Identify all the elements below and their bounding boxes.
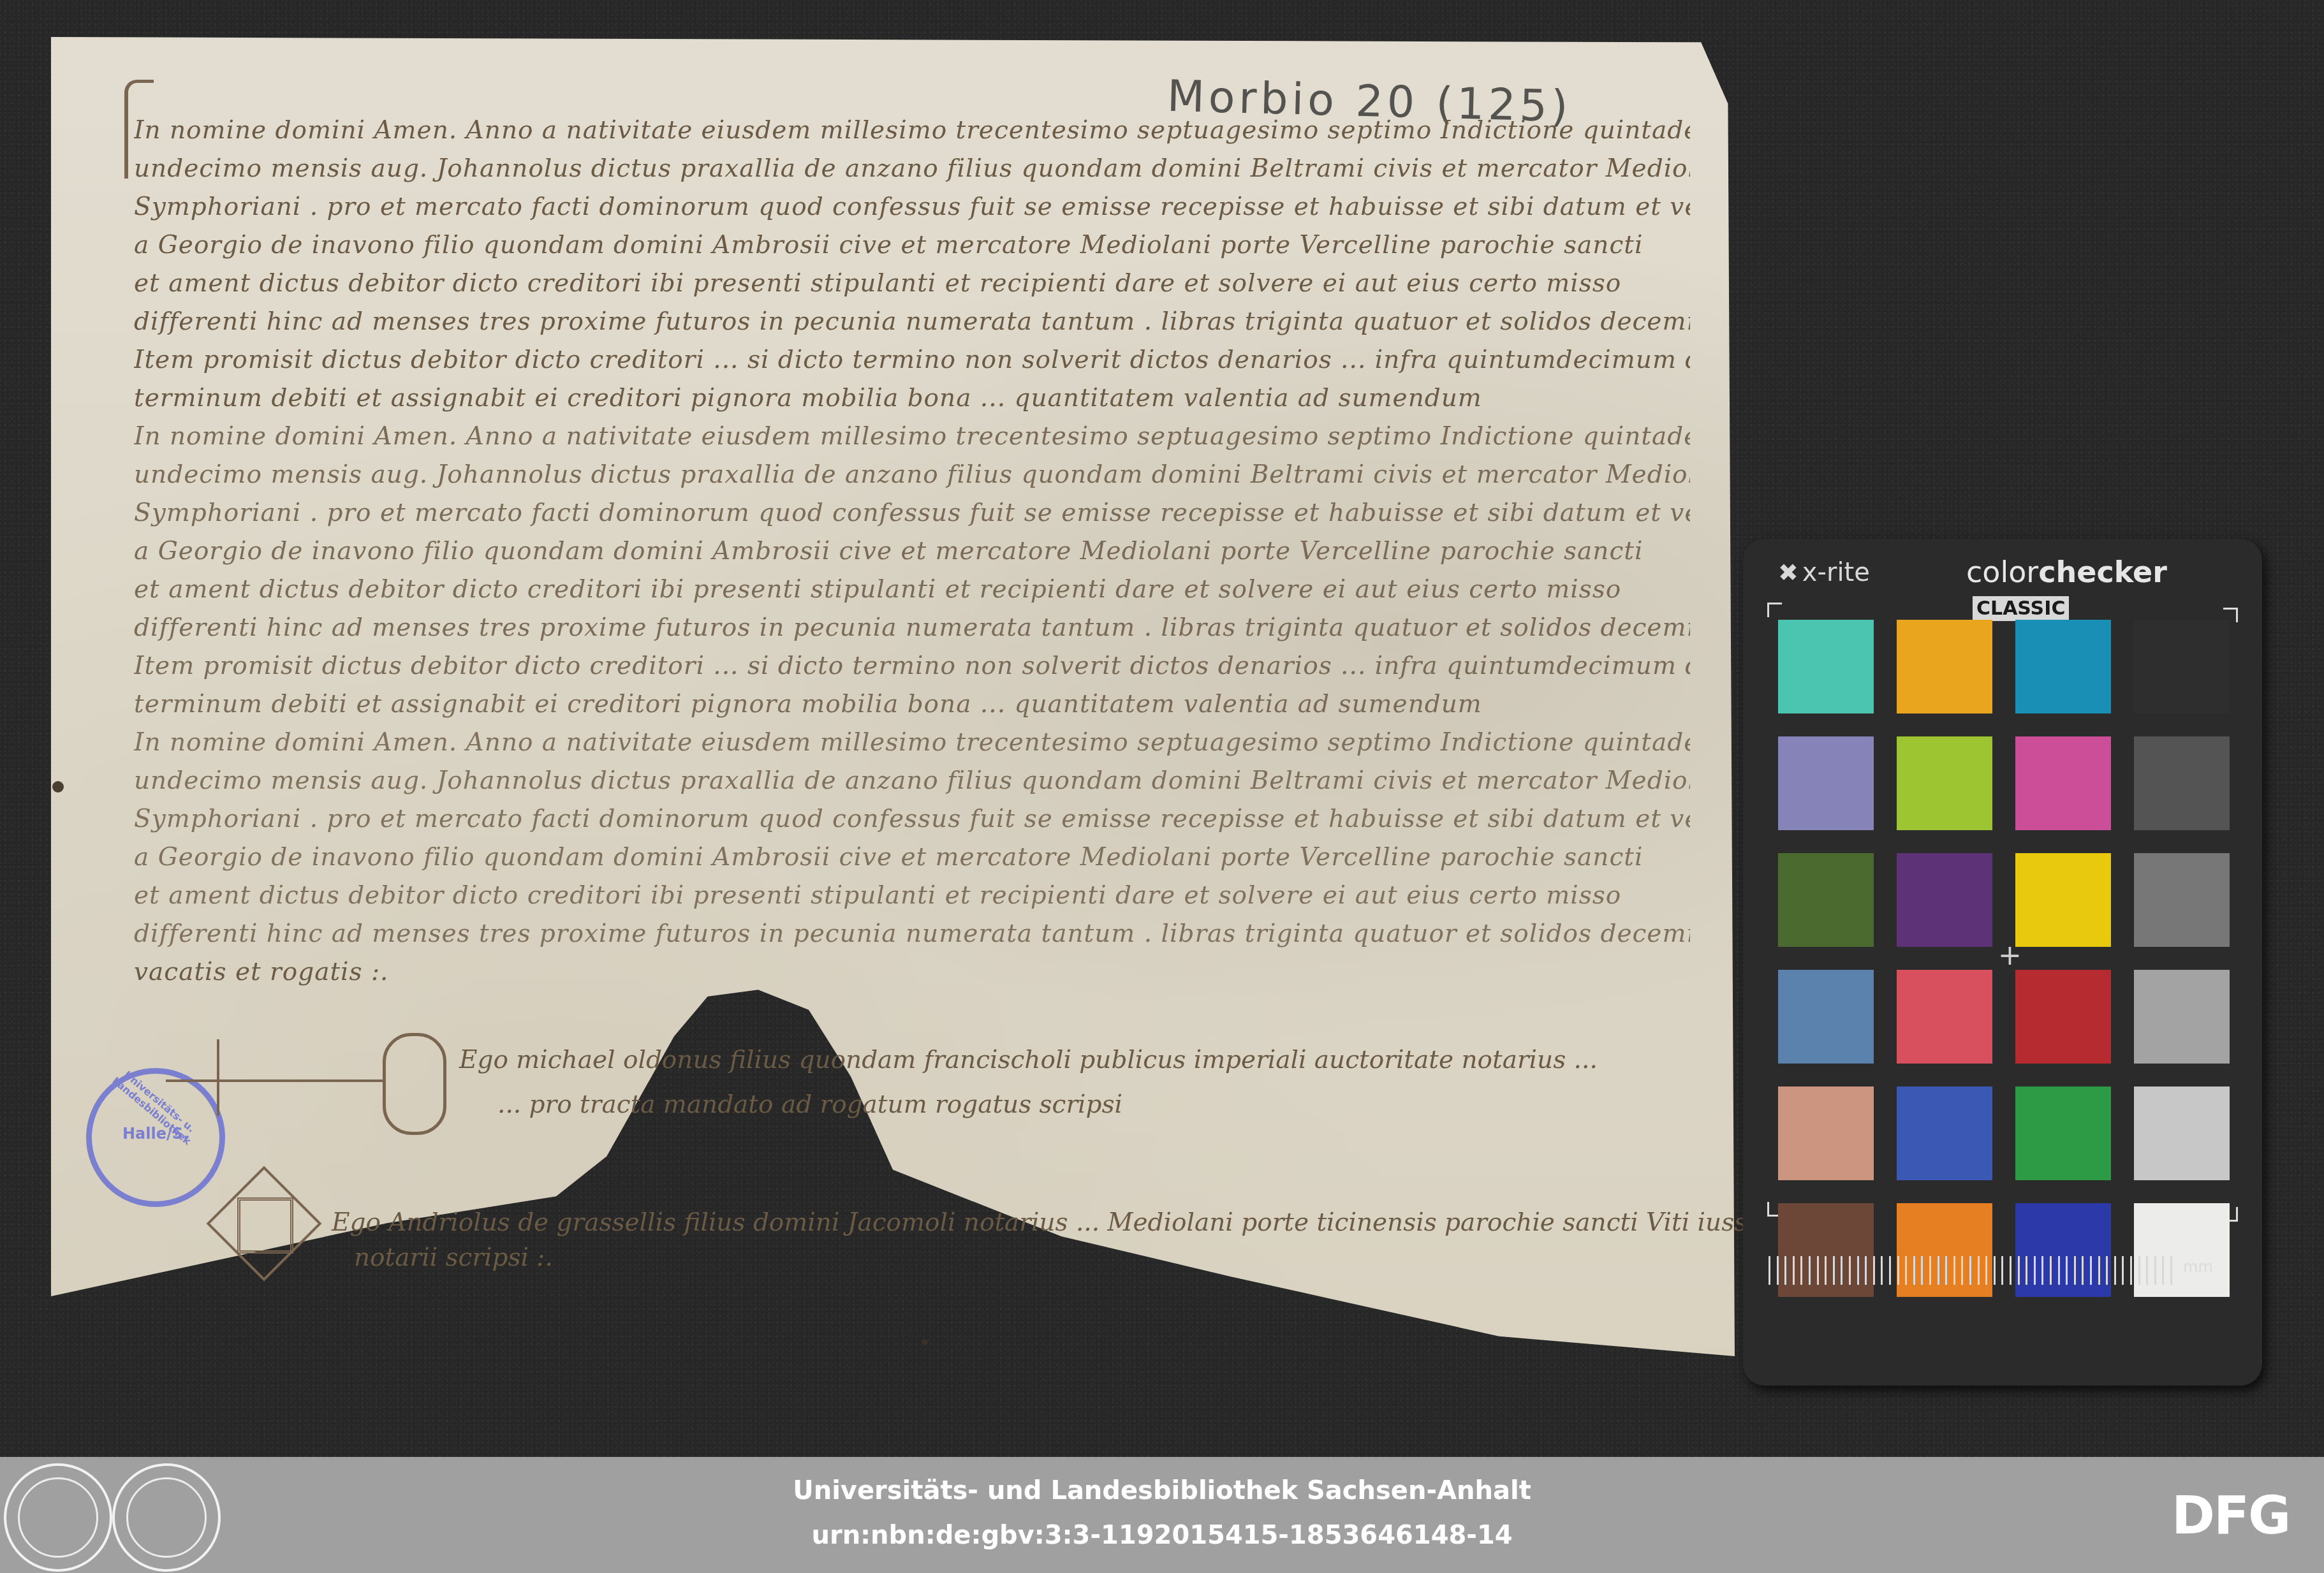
color-patch xyxy=(1897,620,1992,713)
colorchecker-title: colorcheckerCLASSIC xyxy=(1966,555,2262,624)
cross-mark-icon xyxy=(217,1039,219,1116)
notary-signum-square-icon xyxy=(237,1197,293,1254)
color-patch xyxy=(1778,970,1874,1064)
color-patch xyxy=(1897,736,1992,830)
color-patch xyxy=(2015,736,2111,830)
charter-text-block: In nomine domini Amen. Anno a nativitate… xyxy=(134,112,1690,991)
charter-line: Item promisit dictus debitor dicto credi… xyxy=(134,647,1690,685)
charter-line: vacatis et rogatis :. xyxy=(134,953,1690,991)
notary-subscription-1: Ego michael oldonus filius quondam franc… xyxy=(459,1046,1598,1074)
color-patch xyxy=(1778,736,1874,830)
color-patch xyxy=(2134,970,2230,1064)
color-patch xyxy=(2015,1086,2111,1180)
color-patch xyxy=(2134,1086,2230,1180)
charter-line: terminum debiti et assignabit ei credito… xyxy=(134,379,1690,418)
charter-line: Symphoriani . pro et mercato facti domin… xyxy=(134,800,1690,838)
margin-ink-mark xyxy=(52,781,64,793)
color-patch xyxy=(2015,620,2111,713)
charter-line: Symphoriani . pro et mercato facti domin… xyxy=(134,188,1690,226)
charter-line: In nomine domini Amen. Anno a nativitate… xyxy=(134,724,1690,762)
charter-line: a Georgio de inavono filio quondam domin… xyxy=(134,532,1690,571)
charter-line: et ament dictus debitor dicto creditori … xyxy=(134,877,1690,915)
library-stamp: Universitäts- u. Landesbibliothek Halle/… xyxy=(86,1068,225,1207)
ink-dot xyxy=(922,1339,928,1345)
stamp-center-text: Halle/S. xyxy=(92,1125,219,1143)
notary-subscription-1-cont: ... pro tracta mandato ad rogatum rogatu… xyxy=(497,1090,1122,1119)
classic-badge: CLASSIC xyxy=(1973,596,2069,621)
color-patch xyxy=(1778,853,1874,947)
xrite-logo: ✖x-rite xyxy=(1778,558,1870,587)
charter-line: Item promisit dictus debitor dicto credi… xyxy=(134,341,1690,379)
notary-subscription-2: Ego Andriolus de grassellis filius domin… xyxy=(332,1208,1844,1237)
charter-line: Symphoriani . pro et mercato facti domin… xyxy=(134,494,1690,532)
charter-line: undecimo mensis aug. Johannolus dictus p… xyxy=(134,762,1690,800)
color-patch xyxy=(2134,853,2230,947)
charter-line: a Georgio de inavono filio quondam domin… xyxy=(134,838,1690,877)
xrite-brand: x-rite xyxy=(1802,558,1870,587)
notary-subscription-2-cont: notarii scripsi :. xyxy=(354,1243,553,1272)
color-patch xyxy=(1897,853,1992,947)
color-patch xyxy=(2134,736,2230,830)
charter-line: undecimo mensis aug. Johannolus dictus p… xyxy=(134,150,1690,188)
charter-line: terminum debiti et assignabit ei credito… xyxy=(134,685,1690,724)
colorchecker-card: ✖x-rite colorcheckerCLASSIC + mm xyxy=(1743,539,2262,1386)
color-patch xyxy=(1897,970,1992,1064)
color-patch xyxy=(1897,1086,1992,1180)
charter-line: et ament dictus debitor dicto creditori … xyxy=(134,265,1690,303)
color-patch xyxy=(1778,1086,1874,1180)
charter-line: differenti hinc ad menses tres proxime f… xyxy=(134,915,1690,953)
title-bold: checker xyxy=(2038,555,2167,589)
color-patch xyxy=(1778,620,1874,713)
charter-line: a Georgio de inavono filio quondam domin… xyxy=(134,226,1690,265)
title-light: color xyxy=(1966,555,2038,589)
urn-identifier: urn:nbn:de:gbv:3:3-1192015415-1853646148… xyxy=(0,1521,2324,1550)
color-patch xyxy=(2134,620,2230,713)
notary-signum-icon xyxy=(383,1033,446,1135)
institution-name: Universitäts- und Landesbibliothek Sachs… xyxy=(0,1476,2324,1505)
charter-line: In nomine domini Amen. Anno a nativitate… xyxy=(134,112,1690,150)
color-patch xyxy=(2015,853,2111,947)
mm-ruler xyxy=(1769,1256,2177,1285)
charter-line: In nomine domini Amen. Anno a nativitate… xyxy=(134,418,1690,456)
color-patch xyxy=(2015,970,2111,1064)
dfg-logo: DFG xyxy=(2172,1486,2290,1546)
charter-line: differenti hinc ad menses tres proxime f… xyxy=(134,609,1690,647)
charter-line: et ament dictus debitor dicto creditori … xyxy=(134,571,1690,609)
crosshair-icon: + xyxy=(1998,942,2022,970)
library-footer: Universitäts- und Landesbibliothek Sachs… xyxy=(0,1457,2324,1573)
cross-mark-bar xyxy=(166,1079,383,1082)
ruler-unit-label: mm xyxy=(2183,1258,2213,1276)
xrite-icon: ✖ xyxy=(1778,559,1798,587)
charter-line: undecimo mensis aug. Johannolus dictus p… xyxy=(134,456,1690,494)
charter-line: differenti hinc ad menses tres proxime f… xyxy=(134,303,1690,341)
corner-mark-icon xyxy=(1767,603,1782,617)
